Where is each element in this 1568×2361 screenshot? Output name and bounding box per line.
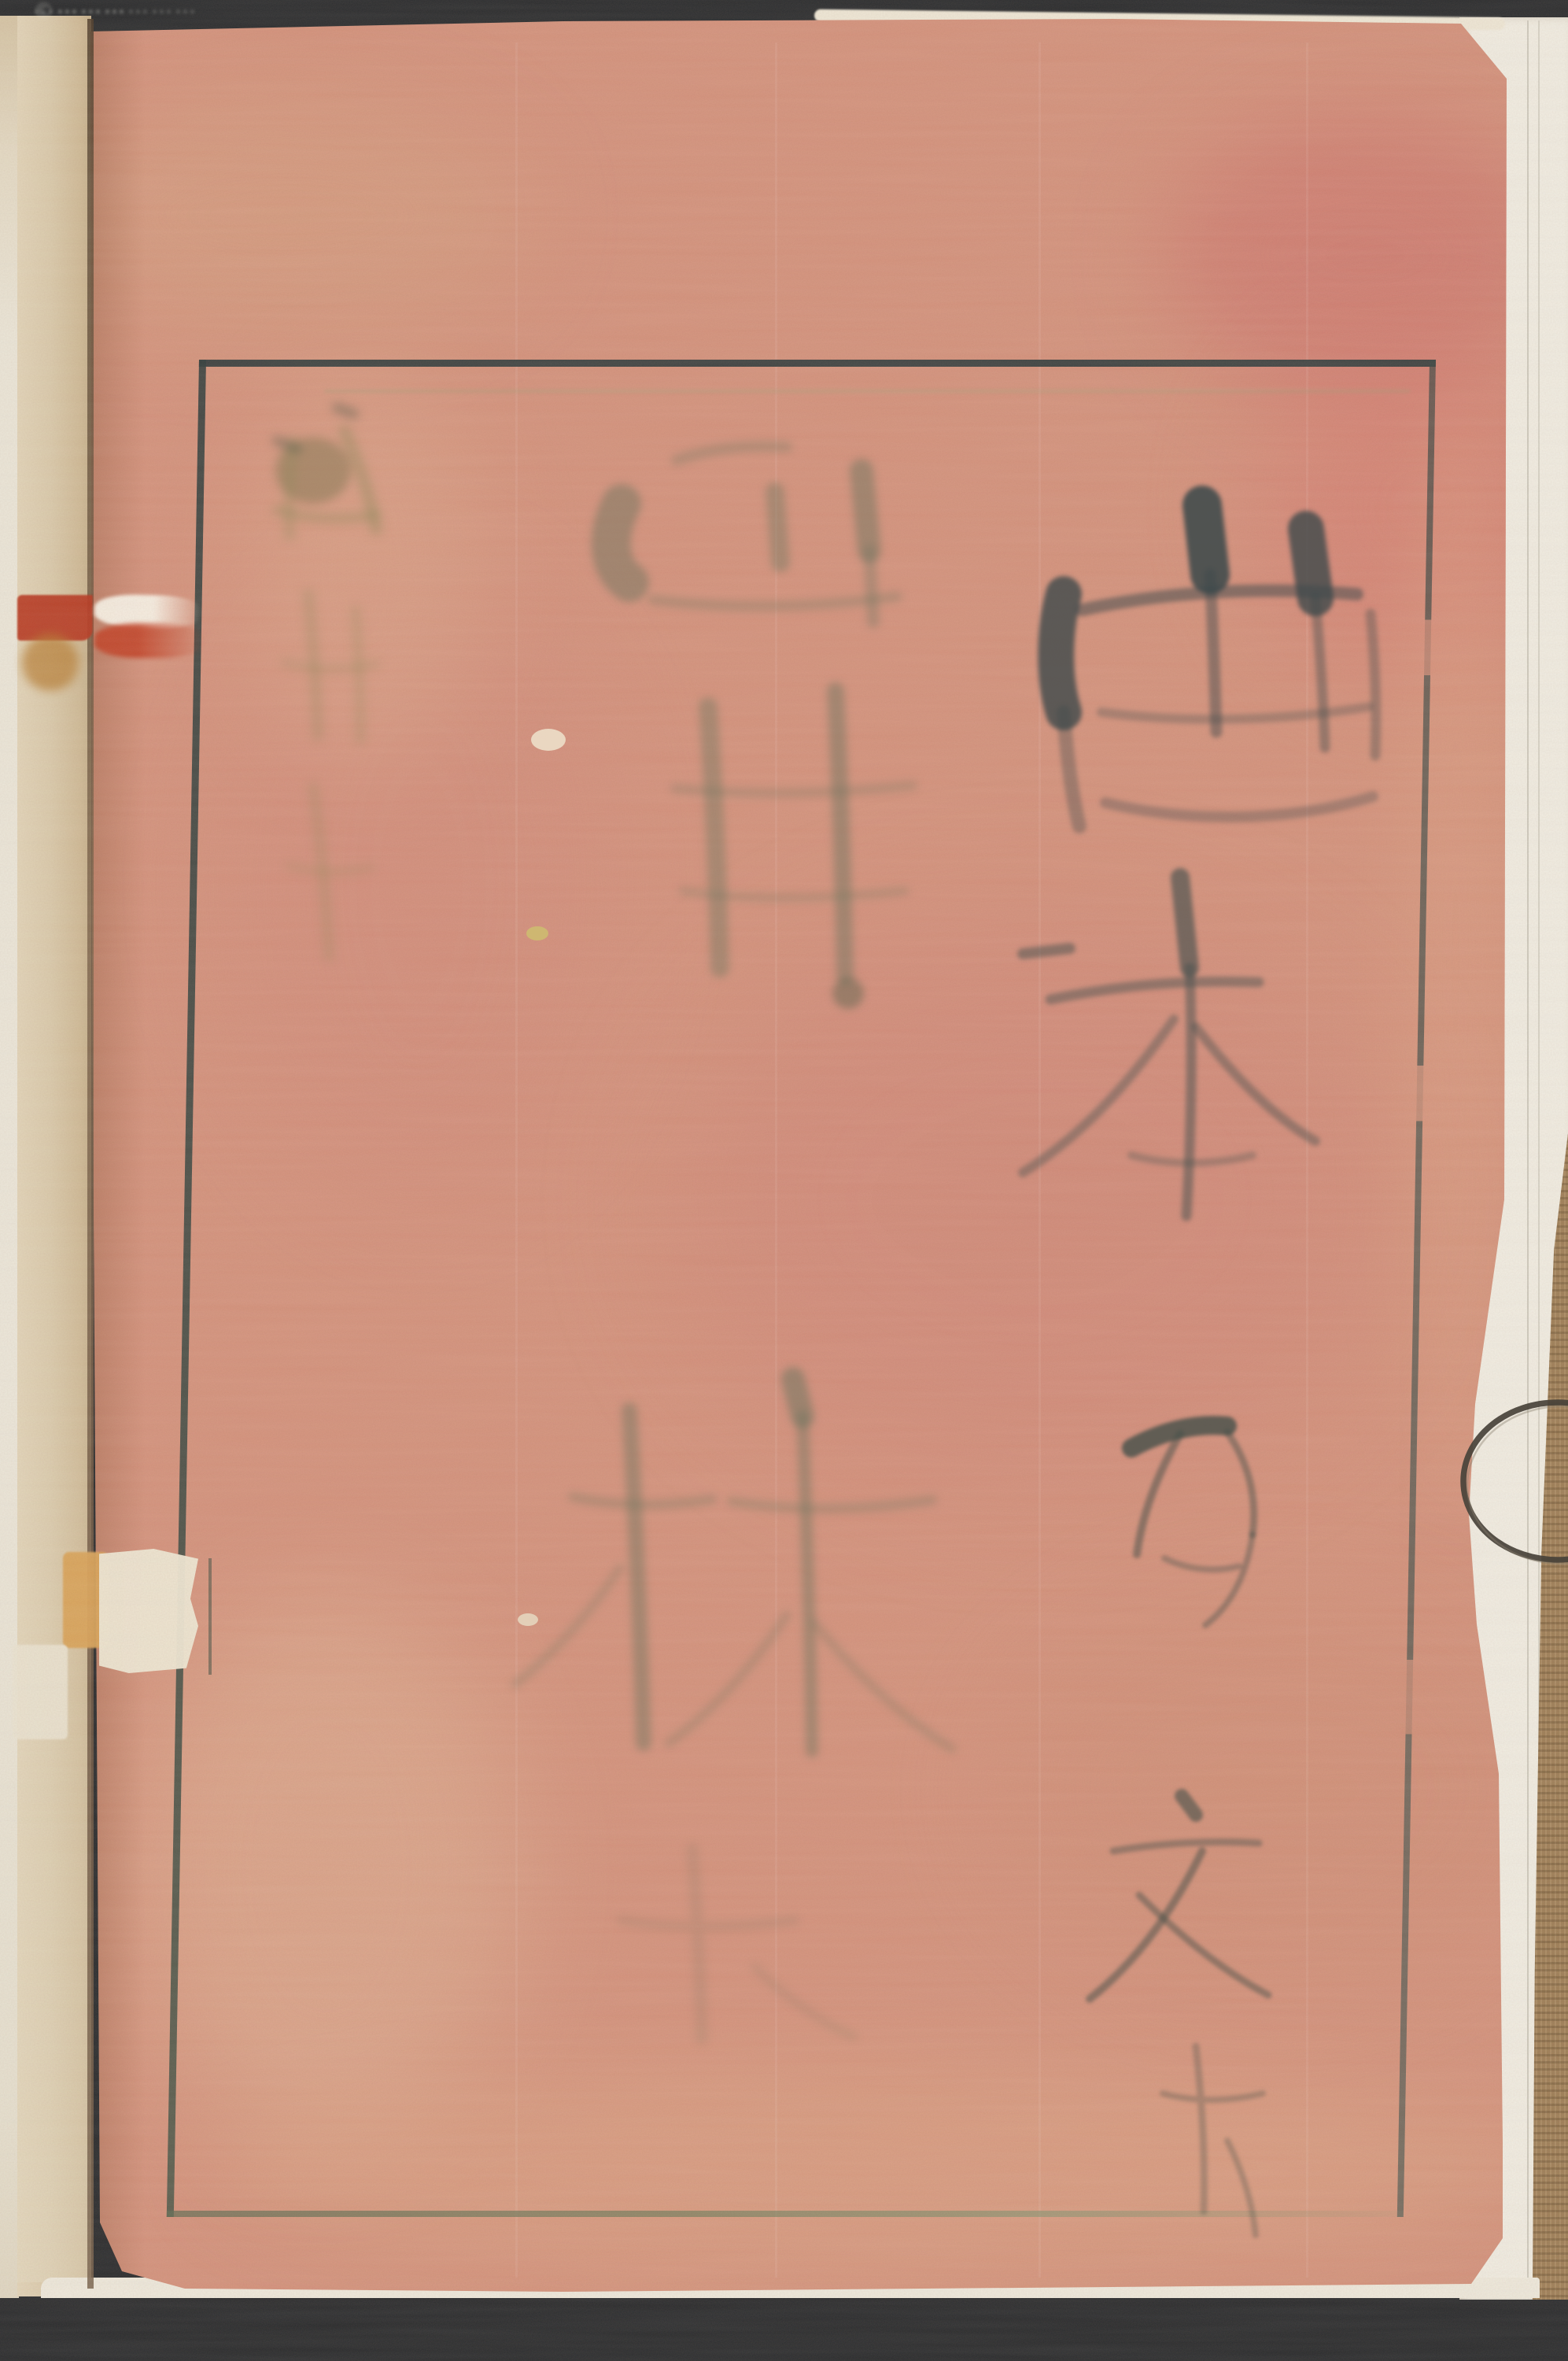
page-edge-line: [1527, 20, 1529, 2295]
left-page-edge-strip: [0, 16, 19, 2298]
frame-rule-fragment: [208, 1558, 212, 1675]
torn-white-patch: [99, 1549, 198, 1673]
red-paint-streak: [94, 623, 205, 658]
fold-shadow: [90, 19, 146, 2296]
spine-white-patch: [13, 1645, 68, 1739]
ruled-border-frame: [167, 360, 1436, 2217]
frame-bottom-rule: [167, 2211, 1404, 2217]
red-paint-stain: [17, 595, 93, 641]
book-cover: [90, 19, 1507, 2296]
frame-inner-faint-rule: [324, 390, 1410, 393]
orange-blotch: [22, 634, 79, 691]
watermark-line2: ⋯⋯⋯⋯: [33, 0, 127, 24]
spine-fold-line: [87, 19, 94, 2289]
frame-top-rule: [199, 360, 1436, 367]
book-cover-photograph: ©⋯⋯⋯⋯⋯⋯ ⋯⋯⋯⋯: [0, 0, 1568, 2361]
